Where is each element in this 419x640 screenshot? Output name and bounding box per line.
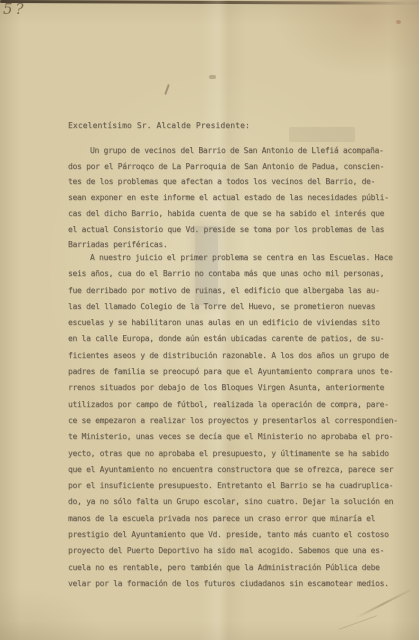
- typewritten-line: ficientes aseos y de distribución razona…: [68, 348, 398, 364]
- typewritten-line: escuelas y se habilitaron unas aulas en …: [68, 315, 398, 331]
- typewritten-line: Un grupo de vecinos del Barrio de San An…: [68, 143, 389, 159]
- typewritten-line: A nuestro juicio el primer problema se c…: [68, 250, 398, 266]
- paper-speck: [209, 75, 216, 79]
- typewritten-line: utilizados por campo de fútbol, realizad…: [68, 397, 398, 413]
- typewritten-line: las del llamado Colegio de la Torre del …: [68, 299, 398, 315]
- typewritten-line: tes de los problemas que afectan a todos…: [68, 174, 389, 190]
- typewritten-line: que el Ayuntamiento no encuentra constru…: [68, 462, 398, 478]
- typewritten-line: dos por el Párroqco de La Parroquia de S…: [68, 159, 389, 175]
- handwritten-page-number: 5?: [3, 0, 27, 18]
- typewritten-line: por el insuficiente presupuesto. Entreta…: [68, 478, 398, 494]
- typewritten-line: el actual Consistorio que Vd. preside se…: [68, 222, 389, 238]
- typewritten-line: seis años, cua do el Barrio no contaba m…: [68, 266, 398, 282]
- typewritten-line: rrenos situados por debajo de los Bloque…: [68, 380, 398, 396]
- typewritten-line: ce se empezaron a realizar los proyectos…: [68, 413, 398, 429]
- typewritten-line: sean exponer en este informe el actual e…: [68, 190, 389, 206]
- typewritten-line: yecto, otras que no aprobaba el presupue…: [68, 446, 398, 462]
- typewritten-line: te Ministerio, unas veces se decía que e…: [68, 429, 398, 445]
- typewritten-line: padres de familia se preocupó para que e…: [68, 364, 398, 380]
- paragraph-introduction: Un grupo de vecinos del Barrio de San An…: [68, 143, 389, 253]
- bottom-right-crease: [355, 589, 411, 619]
- salutation-line: Excelentísimo Sr. Alcalde Presidente:: [68, 121, 250, 130]
- paper-smudge: [289, 127, 355, 142]
- ink-speck: [164, 84, 170, 95]
- typewritten-line: prestigio del Ayuntamiento que Vd. presi…: [68, 527, 398, 543]
- typewritten-line: velar por la formación de los futuros ci…: [68, 576, 398, 592]
- typewritten-line: manos de la escuela privada nos parece u…: [68, 511, 398, 527]
- rust-speck: [396, 20, 401, 24]
- typewritten-line: cuela no es rentable, pero también que l…: [68, 560, 398, 576]
- typewritten-line: proyecto del Puerto Deportivo ha sido ma…: [68, 543, 398, 559]
- paragraph-schools-problem: A nuestro juicio el primer problema se c…: [68, 250, 398, 592]
- typewritten-line: en la calle Europa, donde aún están ubic…: [68, 331, 398, 347]
- typewritten-line: fue derribado por motivo de ruinas, el e…: [68, 283, 398, 299]
- typewritten-line: cas del dicho Barrio, habida cuenta de q…: [68, 206, 389, 222]
- scanned-letter-page: 5? Excelentísimo Sr. Alcalde Presidente:…: [0, 0, 419, 640]
- typewritten-line: do, ya no sólo falta un Grupo escolar, s…: [68, 494, 398, 510]
- paper-top-edge-shadow: [0, 0, 419, 5]
